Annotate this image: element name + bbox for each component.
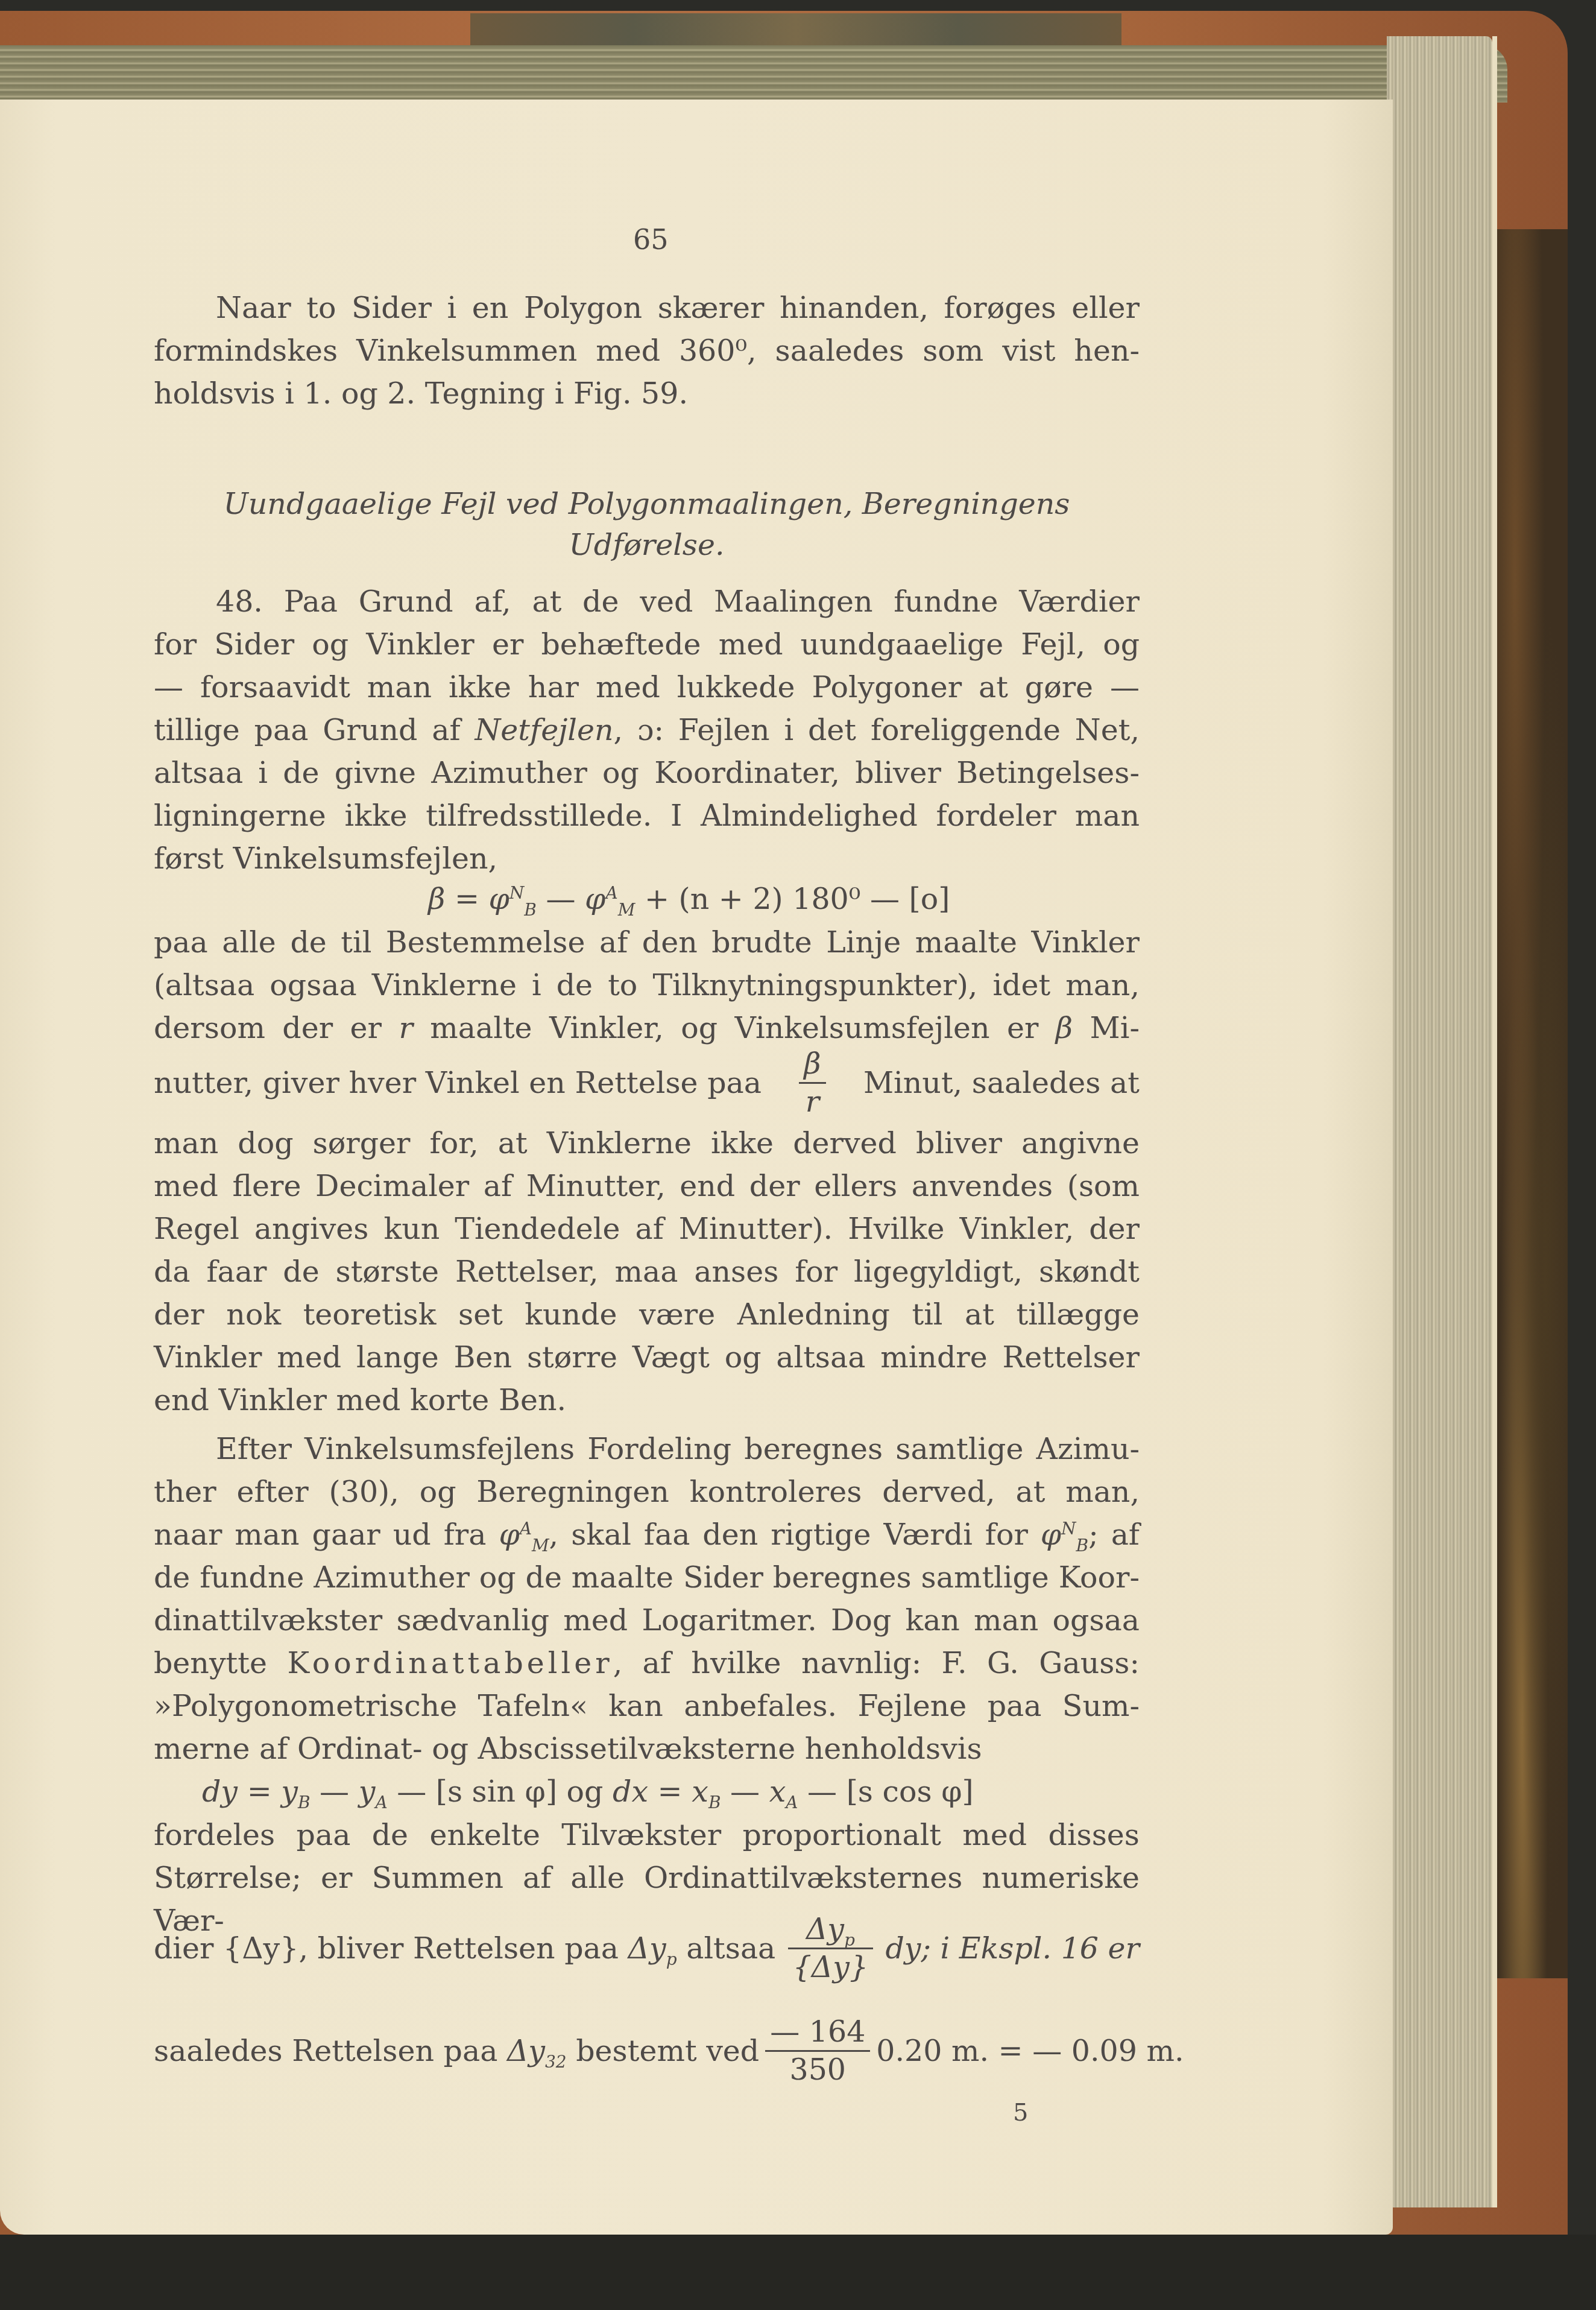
fraction-dyp-over-sum: Δyp{Δy} [788,1911,873,1986]
superscript: N [509,883,525,903]
text-segment: , ɔ: Fejlen i det foreliggende Net, [614,713,1140,747]
spaced-emphasis: Koordinattabeller [287,1646,613,1680]
denominator: r [799,1084,825,1120]
paragraph-1-line: formindskes Vinkelsummen med 360⁰, saale… [154,329,1140,372]
formula-symbol: — [311,1774,359,1809]
formula-symbol: = [445,882,488,916]
paragraph-efter-line: »Polygonometrische Tafeln« kan anbefales… [154,1685,1140,1727]
formula-symbol: dy [202,1774,238,1809]
denominator: {Δy} [788,1949,873,1986]
text-segment: Mi- [1073,1011,1140,1045]
formula-symbol: — [537,882,585,916]
book-spine-top [470,13,1121,49]
paragraph-48-line: for Sider og Vinkler er behæftede med uu… [154,623,1140,666]
numerator: Δyp [788,1911,873,1949]
text-segment: naar man gaar ud fra [154,1517,499,1552]
paragraph-efter-line: de fundne Azimuther og de maalte Sider b… [154,1556,1140,1599]
math-variable: r [399,1011,412,1045]
subscript: p [666,1949,677,1969]
paragraph-48-line: med flere Decimaler af Minutter, end der… [154,1165,1140,1207]
paragraph-48-line: altsaa i de givne Azimuther og Koordinat… [154,752,1140,794]
text-segment: Minut, saaledes at [863,1062,1140,1104]
paragraph-48-line: dersom der er r maalte Vinkler, og Vinke… [154,1007,1140,1049]
formula-symbol: x [769,1774,786,1809]
text-segment: bestemt ved [567,2034,760,2068]
subscript: B [298,1793,311,1812]
formula-symbol: x [692,1774,708,1809]
signature-mark: 5 [1013,2099,1028,2127]
marbled-cover-edge [1492,229,1568,1978]
formula-symbol: = [648,1774,692,1809]
paragraph-1-line: Naar to Sider i en Polygon skærer hinand… [154,286,1140,329]
paragraph-48-line: Vinkler med lange Ben større Vægt og alt… [154,1336,1140,1379]
formula-symbol: + (n + 2) 180⁰ — [o] [635,882,950,916]
formula-symbol: β [428,882,445,916]
paragraph-48-line: først Vinkelsumsfejlen, [154,837,1140,880]
formula-angle-sum-error: β = φNB — φAM + (n + 2) 180⁰ — [o] [428,878,950,920]
subscript: M [532,1536,549,1555]
text-segment: dersom der er [154,1011,399,1045]
paragraph-efter-line: Efter Vinkelsumsfejlens Fordeling beregn… [154,1428,1140,1470]
subscript: p [844,1929,855,1949]
subscript: B [708,1793,721,1812]
paragraph-48-line: paa alle de til Bestemmelse af den brudt… [154,921,1140,964]
paragraph-48-line: (altsaa ogsaa Vinklerne i de to Tilknytn… [154,964,1140,1007]
paragraph-48-line: der nok teoretisk set kunde være Anledni… [154,1293,1140,1336]
paragraph-48-line: ligningerne ikke tilfredsstillede. I Alm… [154,794,1140,837]
paragraph-efter-line: ther efter (30), og Beregningen kontrole… [154,1470,1140,1513]
paragraph-efter-line: dinattilvækster sædvanlig med Logaritmer… [154,1599,1140,1642]
formula-symbol: y [281,1774,298,1809]
formula-symbol: — [s cos φ] [798,1774,974,1809]
denominator: 350 [765,2052,870,2088]
text-segment: altsaa [677,1931,776,1966]
formula-symbol: y [359,1774,376,1809]
subscript: M [618,900,636,920]
paragraph-efter-line: merne af Ordinat- og Abscissetilvækstern… [154,1727,1140,1770]
subscript: 32 [545,2051,567,2071]
text-segment: , skal faa den rigtige Værdi for [549,1517,1041,1552]
page-number: 65 [633,223,669,256]
math-variable: Δy [507,2034,545,2068]
numerator-text: Δy [806,1912,844,1946]
math-variable: φ [499,1517,519,1552]
paragraph-efter-line: fordeles paa de enkelte Tilvækster propo… [154,1814,1140,1856]
text-segment: ; af [1088,1517,1140,1552]
section-heading: Uundgaaelige Fejl ved Polygonmaalingen, … [154,483,1140,525]
paragraph-efter-line: benytte Koordinattabeller, af hvilke nav… [154,1642,1140,1685]
fraction-164-over-350: — 164350 [765,2014,870,2088]
endpaper-edge [1492,36,1497,2207]
superscript: A [520,1519,532,1539]
formula-symbol: φ [585,882,605,916]
text-segment: , af hvilke navnlig: F. G. Gauss: [613,1646,1140,1680]
subscript: B [524,900,537,920]
math-variable: φ [1041,1517,1061,1552]
subscript: A [375,1793,387,1812]
scan-background [0,2235,1596,2310]
paragraph-48-line: Regel angives kun Tiendedele af Minutter… [154,1207,1140,1250]
paragraph-efter-line: Størrelse; er Summen af alle Ordinattilv… [154,1856,1140,1899]
paragraph-1-line: holdsvis i 1. og 2. Tegning i Fig. 59. [154,372,1140,415]
paragraph-48-line: — forsaavidt man ikke har med lukkede Po… [154,666,1140,709]
formula-symbol: — [s sin φ] og [388,1774,613,1809]
math-variable: Δy [628,1931,666,1966]
superscript: A [605,883,617,903]
numerator: — 164 [765,2014,870,2052]
subscript: B [1076,1536,1089,1555]
fraction-beta-over-r: βr [799,1046,825,1120]
text-segment: saaledes Rettelsen paa [154,2034,507,2068]
formula-coordinate-errors: dy = yB — yA — [s sin φ] og dx = xB — xA… [202,1770,974,1813]
paragraph-48-line: end Vinkler med korte Ben. [154,1379,1140,1422]
text-segment: tillige paa Grund af [154,713,475,747]
paragraph-efter-line-final: saaledes Rettelsen paa Δy32 bestemt ved … [154,2008,1140,2093]
paragraph-efter-line-fraction: dier {Δy}, bliver Rettelsen paa Δyp alts… [154,1900,1140,1996]
math-variable: β [1056,1011,1073,1045]
subscript: A [786,1793,798,1812]
top-page-edges [0,45,1507,103]
paragraph-48-line: man dog sørger for, at Vinklerne ikke de… [154,1122,1140,1165]
superscript: N [1061,1519,1076,1539]
text-segment: maalte Vinkler, og Vinkelsumsfejlen er [413,1011,1056,1045]
paragraph-48-line: 48. Paa Grund af, at de ved Maalingen fu… [154,580,1140,623]
right-page-edges [1387,36,1492,2207]
text-segment: dier {Δy}, bliver Rettelsen paa [154,1931,628,1966]
numerator: β [799,1046,825,1084]
text-segment: dier {Δy}, bliver Rettelsen paa Δyp alts… [154,1927,775,1970]
paragraph-48-line-fraction: nutter, giver hver Vinkel en Rettelse pa… [154,1049,1140,1116]
section-heading: Udførelse. [154,524,1140,566]
formula-symbol: = [238,1774,281,1809]
text-segment: benytte [154,1646,287,1680]
text-segment: 0.20 m. = — 0.09 m. [876,2030,1184,2072]
paragraph-48-line: da faar de største Rettelser, maa anses … [154,1250,1140,1293]
formula-symbol: dx [613,1774,648,1809]
text-segment: saaledes Rettelsen paa Δy32 bestemt ved [154,2030,759,2072]
formula-symbol: — [721,1774,769,1809]
formula-symbol: φ [489,882,509,916]
paragraph-efter-line: naar man gaar ud fra φAM, skal faa den r… [154,1513,1140,1556]
text-segment: nutter, giver hver Vinkel en Rettelse pa… [154,1062,762,1104]
emphasis-netfejlen: Netfejlen [475,713,613,747]
text-segment: dy; i Ekspl. 16 er [885,1927,1140,1970]
paragraph-48-line: tillige paa Grund af Netfejlen, ɔ: Fejle… [154,709,1140,752]
